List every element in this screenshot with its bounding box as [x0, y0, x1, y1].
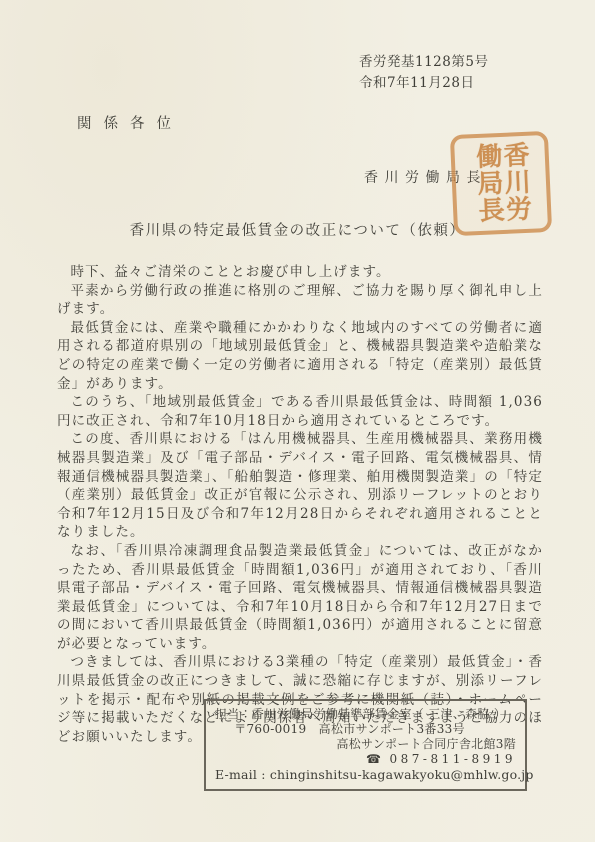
seal-text: 香川労働局長 — [472, 140, 530, 226]
body-paragraphs: 時下、益々ご清栄のこととお慶び申し上げます。 平素から労働行政の推進に格別のご理… — [57, 263, 543, 746]
scanned-letter-page: 香労発基1128第5号 令和7年11月28日 関係各位 香川労働局長 香川労働局… — [0, 0, 595, 842]
email-address: chinginshitsu-kagawakyoku@mhlw.go.jp — [270, 767, 534, 782]
recipient: 関係各位 — [77, 112, 183, 133]
paragraph: 最低賃金には、産業や職種にかかわりなく地域内のすべての労働者に適用される都道府県… — [57, 319, 543, 393]
contact-building-line: 高松サンポート合同庁舎北館3階 — [215, 737, 516, 752]
phone-icon: ☎ — [366, 752, 381, 766]
document-meta: 香労発基1128第5号 令和7年11月28日 — [359, 52, 488, 94]
paragraph: 時下、益々ご清栄のこととお慶び申し上げます。 — [57, 263, 543, 282]
document-number: 香労発基1128第5号 — [359, 52, 488, 73]
paragraph: この度、香川県における「はん用機械器具、生産用機械器具、業務用機械器具製造業」及… — [57, 430, 543, 542]
document-title: 香川県の特定最低賃金の改正について（依頼） — [0, 219, 595, 240]
document-date: 令和7年11月28日 — [359, 73, 488, 94]
email-label: E-mail : — [215, 767, 270, 782]
paragraph: このうち、「地域別最低賃金」である香川県最低賃金は、時間額 1,036円に改正さ… — [57, 393, 543, 430]
contact-email-line: E-mail : chinginshitsu-kagawakyoku@mhlw.… — [215, 767, 516, 782]
contact-person-line: 担当：香川労働局労働基準部賃金室（ 三津、森脇 ） — [215, 707, 516, 722]
contact-postal-line: 〒760-0019 高松市サンポート3番33号 — [215, 722, 516, 737]
paragraph: 平素から労働行政の推進に格別のご理解、ご協力を賜り厚く御礼申し上げます。 — [57, 282, 543, 319]
phone-number: 087-811-8919 — [390, 752, 516, 766]
contact-phone-line: ☎ 087-811-8919 — [215, 752, 516, 767]
contact-box: 担当：香川労働局労働基準部賃金室（ 三津、森脇 ） 〒760-0019 高松市サ… — [204, 699, 527, 791]
paragraph: なお、「香川県冷凍調理食品製造業最低賃金」については、改正がなかったため、香川県… — [57, 542, 543, 654]
